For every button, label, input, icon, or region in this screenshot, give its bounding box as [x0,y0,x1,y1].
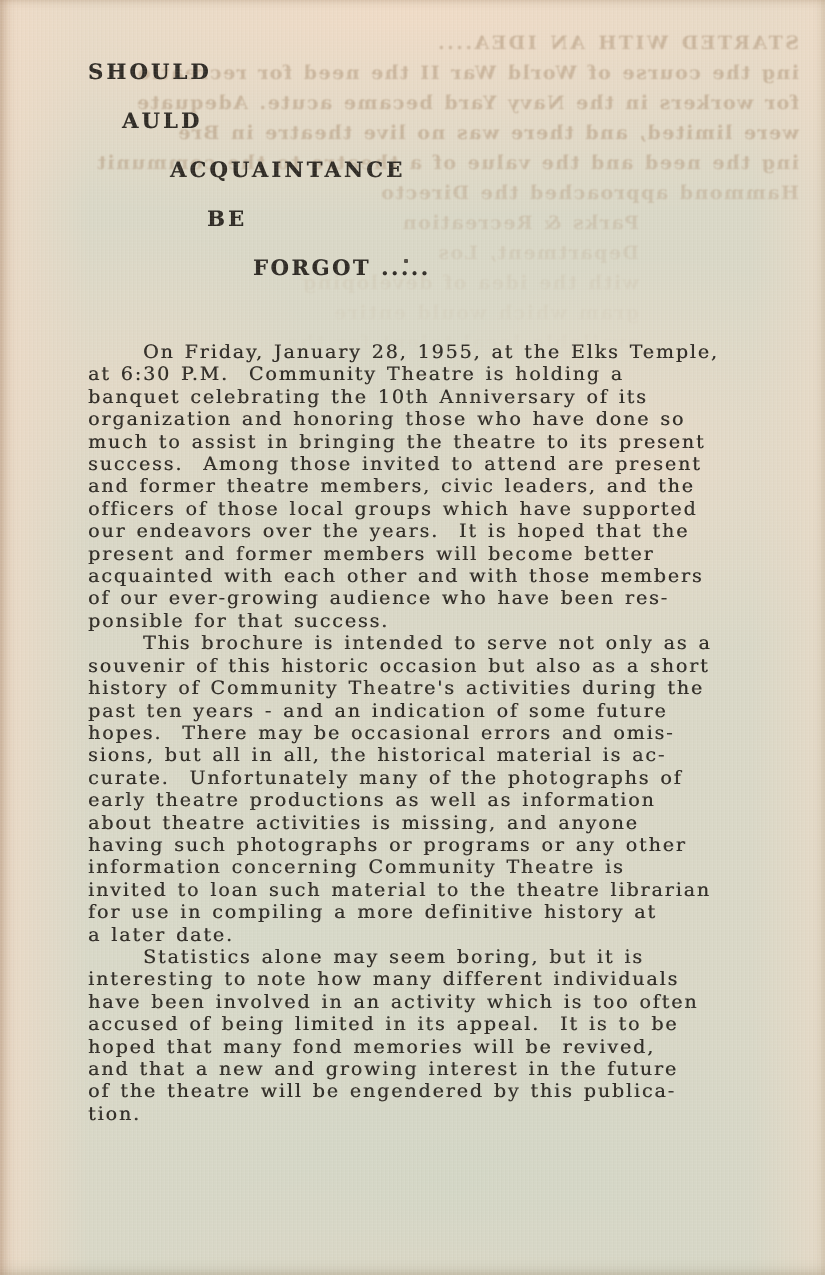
body-paragraph: Statistics alone may seem boring, but it… [88,946,800,1125]
title-line: SHOULD [88,59,431,108]
page-title: SHOULD AULD ACQUAINTANCE BE FORGOT ..... [88,59,431,304]
ink-speck [404,259,408,263]
body-paragraph: This brochure is intended to serve not o… [88,632,800,946]
title-line: AULD [122,108,431,157]
scanned-brochure-page: STARTED WITH AN IDEA....ing the course o… [0,0,825,1275]
title-line: ACQUAINTANCE [170,157,431,206]
body-paragraph: On Friday, January 28, 1955, at the Elks… [88,341,800,632]
title-line: BE [207,206,431,255]
body-text: On Friday, January 28, 1955, at the Elks… [88,341,800,1125]
bleed-through-line: STARTED WITH AN IDEA.... [45,28,799,58]
